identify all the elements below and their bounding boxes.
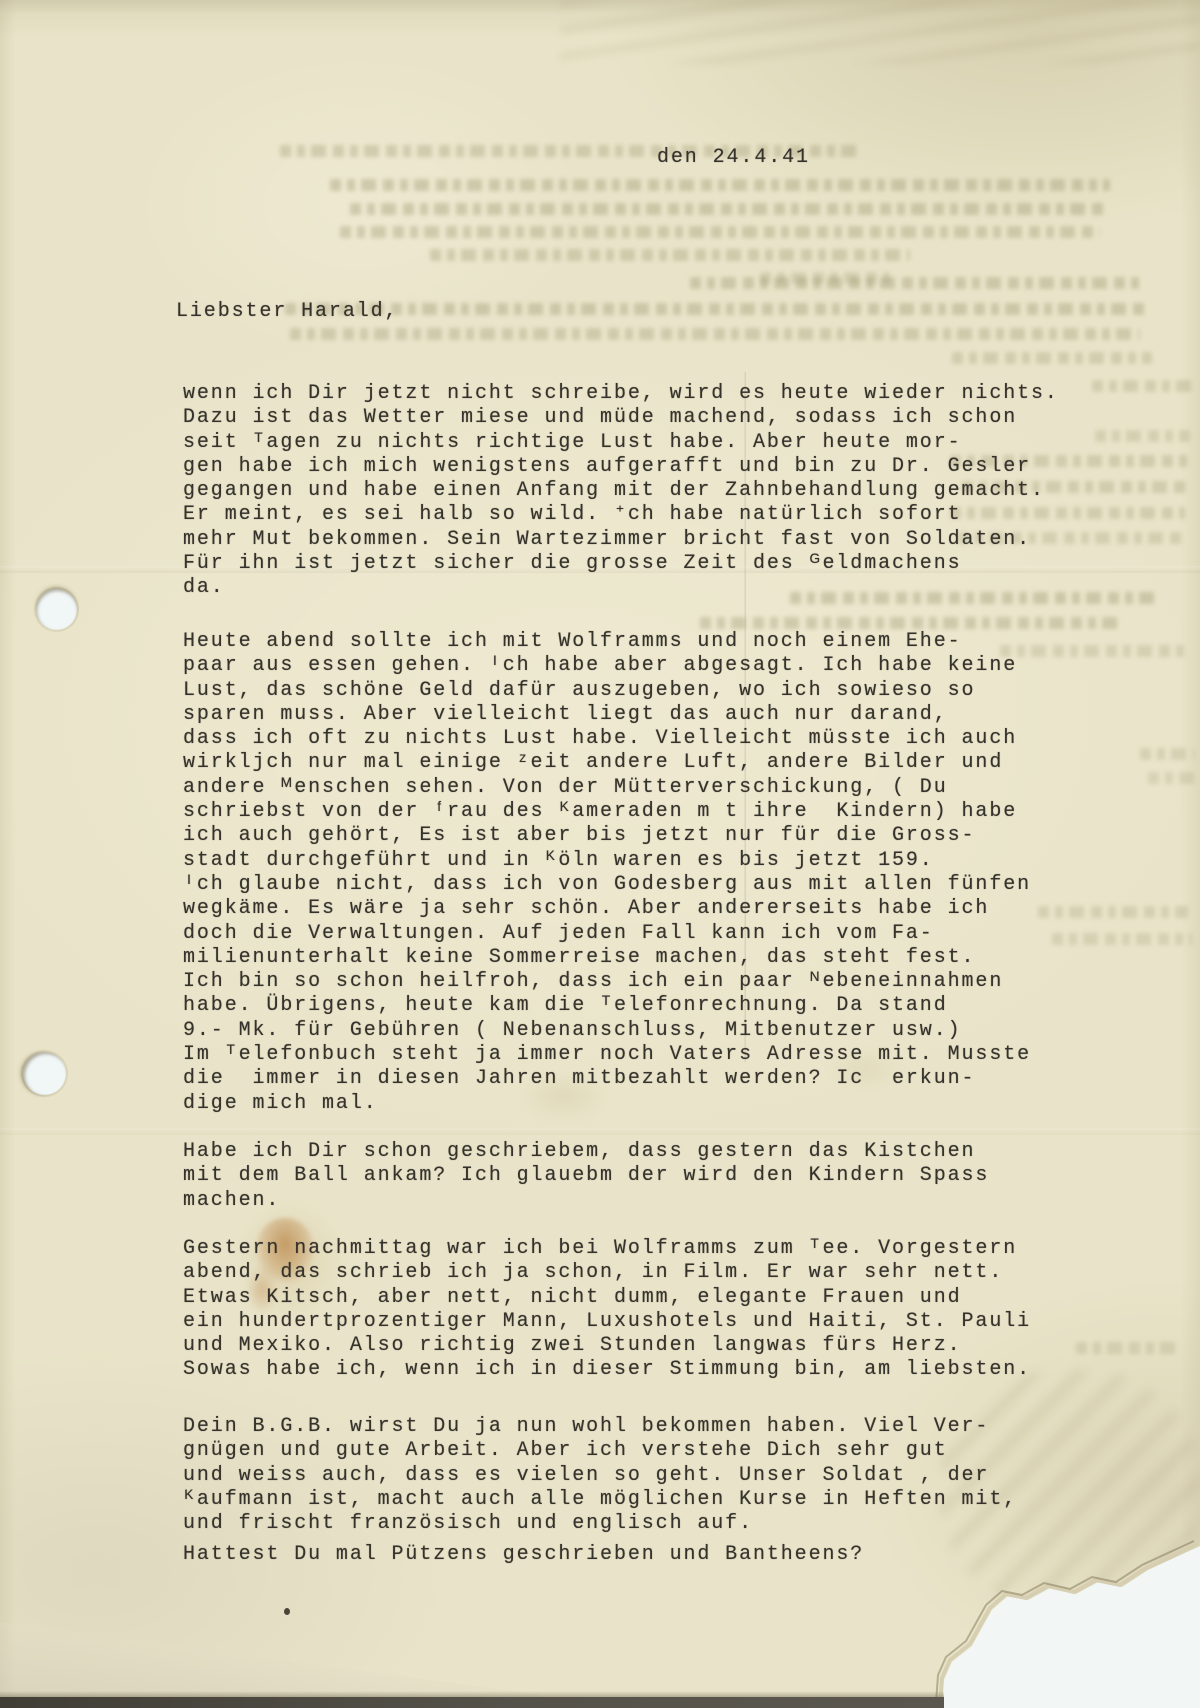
letter-line: Dein B.G.B. wirst Du ja nun wohl bekomme… (183, 1415, 1017, 1439)
letter-line: habe. Übrigens, heute kam die ᵀelefonrec… (183, 994, 1031, 1018)
letter-line: mit dem Ball ankam? Ich glauebm der wird… (183, 1164, 989, 1188)
letter-line: schriebst von der ᶠrau des ᴷameraden m t… (183, 800, 1031, 824)
letter-line: und weiss auch, dass es vielen so geht. … (183, 1464, 1017, 1488)
salutation-line: Liebster Harald, (176, 300, 398, 324)
letter-line: Gestern nachmittag war ich bei Wolframms… (183, 1237, 1031, 1261)
letter-line: doch die Verwaltungen. Auf jeden Fall ka… (183, 922, 1031, 946)
letter-line: abend, das schrieb ich ja schon, in Film… (183, 1261, 1031, 1285)
letter-line: machen. (183, 1189, 989, 1213)
letter-paragraph: Habe ich Dir schon geschriebem, dass ges… (183, 1140, 989, 1213)
scanned-letter-page: den 24.4.41 Liebster Harald, wenn ich Di… (0, 0, 1200, 1708)
letter-line: Im ᵀelefonbuch steht ja immer noch Vater… (183, 1043, 1031, 1067)
letter-text: den 24.4.41 Liebster Harald, wenn ich Di… (0, 0, 1200, 1708)
letter-line: mehr Mut bekommen. Sein Wartezimmer bric… (183, 528, 1059, 552)
letter-line: gegangen und habe einen Anfang mit der Z… (183, 479, 1059, 503)
letter-line: wenn ich Dir jetzt nicht schreibe, wird … (183, 382, 1059, 406)
letter-line: ein hundertprozentiger Mann, Luxushotels… (183, 1310, 1031, 1334)
torn-corner (890, 1538, 1200, 1708)
letter-line: ᴵch glaube nicht, dass ich von Godesberg… (183, 873, 1031, 897)
letter-paragraph: Dein B.G.B. wirst Du ja nun wohl bekomme… (183, 1415, 1017, 1536)
letter-line: ᴷaufmann ist, macht auch alle möglichen … (183, 1488, 1017, 1512)
letter-line: wegkäme. Es wäre ja sehr schön. Aber and… (183, 897, 1031, 921)
letter-line: und frischt französisch und englisch auf… (183, 1512, 1017, 1536)
letter-paragraph: wenn ich Dir jetzt nicht schreibe, wird … (183, 382, 1059, 601)
letter-line: milienunterhalt keine Sommerreise machen… (183, 946, 1031, 970)
letter-line: gnügen und gute Arbeit. Aber ich versteh… (183, 1439, 1017, 1463)
letter-paragraph: Gestern nachmittag war ich bei Wolframms… (183, 1237, 1031, 1383)
letter-line: Dazu ist das Wetter miese und müde mache… (183, 406, 1059, 430)
letter-salutation: Liebster Harald, (176, 300, 398, 324)
letter-line: 9.- Mk. für Gebühren ( Nebenanschluss, M… (183, 1019, 1031, 1043)
letter-line: die immer in diesen Jahren mitbezahlt we… (183, 1067, 1031, 1091)
letter-line: Ich bin so schon heilfroh, dass ich ein … (183, 970, 1031, 994)
letter-line: andere ᴹenschen sehen. Von der Mütterver… (183, 776, 1031, 800)
letter-line: stadt durchgeführt und in ᴷöln waren es … (183, 849, 1031, 873)
letter-line: wirkljch nur mal einige ᶻeit andere Luft… (183, 751, 1031, 775)
punch-hole (23, 1052, 66, 1095)
letter-line: Etwas Kitsch, aber nett, nicht dumm, ele… (183, 1286, 1031, 1310)
letter-line: ich auch gehört, Es ist aber bis jetzt n… (183, 824, 1031, 848)
scan-edge (0, 1697, 944, 1708)
letter-line: Habe ich Dir schon geschriebem, dass ges… (183, 1140, 989, 1164)
letter-line: Hattest Du mal Pützens geschrieben und B… (183, 1543, 864, 1567)
letter-line: Für ihn ist jetzt sicher die grosse Zeit… (183, 552, 1059, 576)
letter-line: gen habe ich mich wenigstens aufgerafft … (183, 455, 1059, 479)
letter-line: dige mich mal. (183, 1092, 1031, 1116)
letter-line: paar aus essen gehen. ᴵch habe aber abge… (183, 654, 1031, 678)
letter-line: dass ich oft zu nichts Lust habe. Vielle… (183, 727, 1031, 751)
letter-line: Heute abend sollte ich mit Wolframms und… (183, 630, 1031, 654)
letter-line: und Mexiko. Also richtig zwei Stunden la… (183, 1334, 1031, 1358)
letter-line: seit ᵀagen zu nichts richtige Lust habe.… (183, 431, 1059, 455)
letter-line: Sowas habe ich, wenn ich in dieser Stimm… (183, 1358, 1031, 1382)
letter-paragraph: Heute abend sollte ich mit Wolframms und… (183, 630, 1031, 1116)
letter-line: Lust, das schöne Geld dafür auszugeben, … (183, 679, 1031, 703)
date-line: den 24.4.41 (657, 146, 810, 170)
letter-line: sparen muss. Aber vielleicht liegt das a… (183, 703, 1031, 727)
letter-date: den 24.4.41 (657, 146, 810, 170)
letter-line: da. (183, 576, 1059, 600)
paper-sheet: den 24.4.41 Liebster Harald, wenn ich Di… (0, 0, 1200, 1708)
letter-line: Er meint, es sei halb so wild. ⁺ch habe … (183, 503, 1059, 527)
punch-hole (36, 589, 77, 630)
letter-paragraph: Hattest Du mal Pützens geschrieben und B… (183, 1543, 864, 1567)
